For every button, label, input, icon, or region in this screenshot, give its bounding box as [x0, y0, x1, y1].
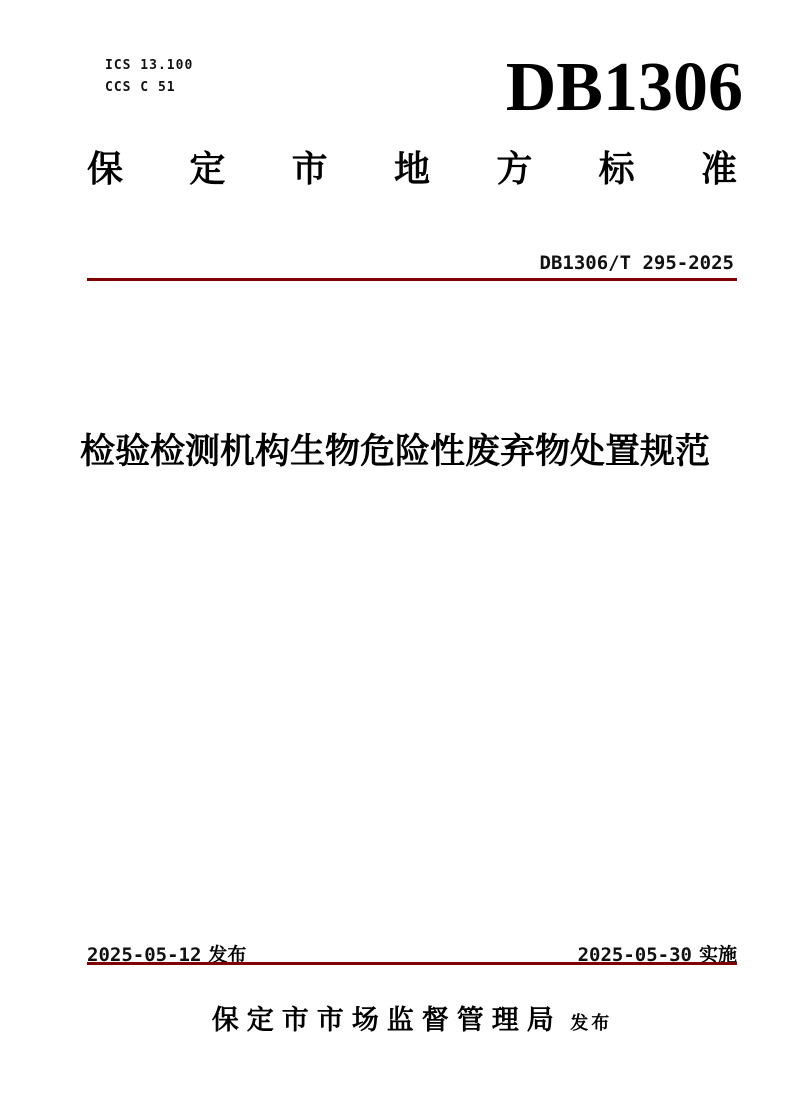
ics-code: ICS 13.100	[105, 55, 193, 77]
footer-rule	[87, 962, 737, 965]
db-code: DB1306	[506, 53, 743, 123]
publisher-line: 保定市市场监督管理局 发布	[87, 998, 737, 1037]
header-rule	[87, 278, 737, 281]
standard-cover-page: ICS 13.100 CCS C 51 DB1306 保 定 市 地 方 标 准…	[0, 0, 790, 1116]
publisher-suffix-label: 发布	[570, 1013, 612, 1033]
ccs-code: CCS C 51	[105, 77, 193, 99]
publisher-name: 保定市市场监督管理局	[212, 1005, 562, 1035]
classification-codes: ICS 13.100 CCS C 51	[105, 55, 193, 99]
standard-number: DB1306/T 295-2025	[540, 252, 734, 274]
document-title: 检验检测机构生物危险性废弃物处置规范	[0, 424, 790, 474]
standard-type-heading: 保 定 市 地 方 标 准	[87, 146, 737, 192]
